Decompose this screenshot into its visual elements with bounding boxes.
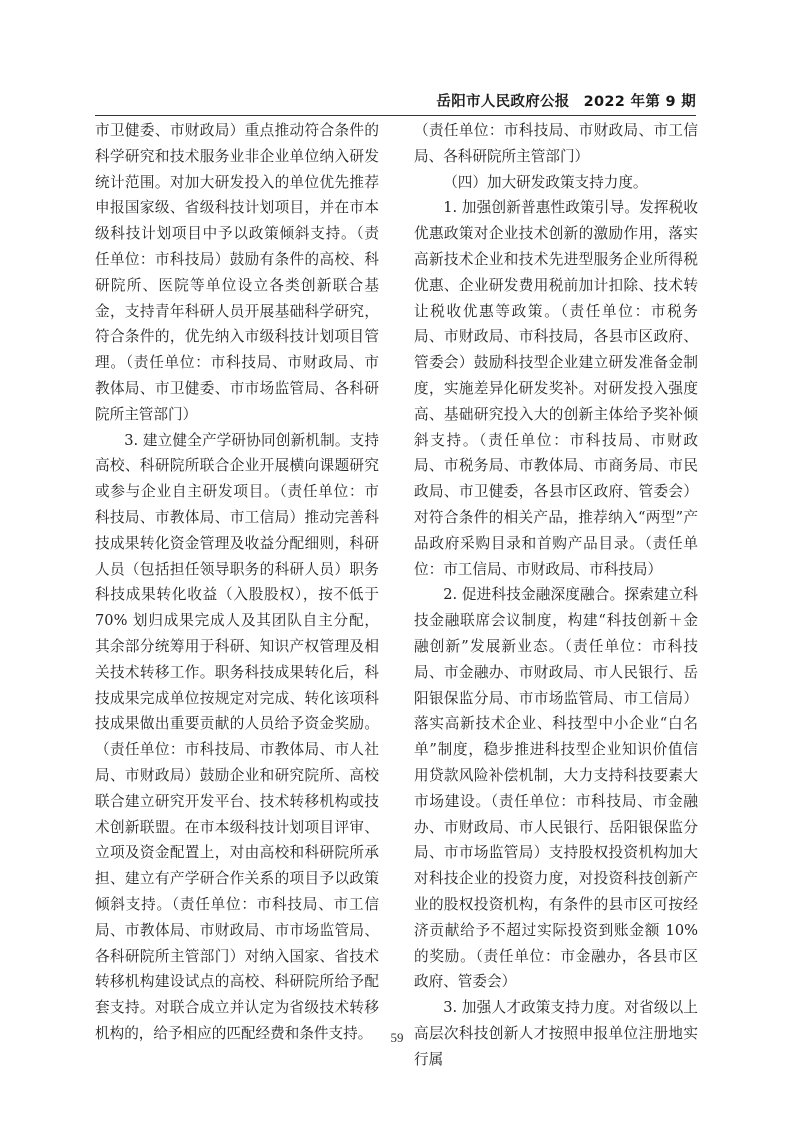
paragraph: 2. 促进科技金融深度融合。探索建立科技金融联席会议制度，构建“科技创新＋金融创… (414, 582, 698, 995)
page-number: 59 (0, 1030, 794, 1046)
paragraph: 3. 建立健全产学研协同创新机制。支持高校、科研院所联合企业开展横向课题研究或参… (95, 428, 379, 1047)
running-header: 岳阳市人民政府公报2022 年第 9 期 (95, 90, 696, 114)
paragraph: 市卫健委、市财政局）重点推动符合条件的科学研究和技术服务业非企业单位纳入研发统计… (95, 118, 379, 428)
issue-number: 2022 年第 9 期 (584, 94, 696, 110)
section-heading: （四）加大研发政策支持力度。 (414, 170, 698, 196)
paragraph: 1. 加强创新普惠性政策引导。发挥税收优惠政策对企业技术创新的激励作用，落实高新… (414, 195, 698, 582)
header-rule (95, 115, 696, 116)
paragraph: （责任单位：市科技局、市财政局、市工信局、各科研院所主管部门） (414, 118, 698, 170)
right-column: （责任单位：市科技局、市财政局、市工信局、各科研院所主管部门） （四）加大研发政… (414, 118, 698, 1072)
publication-title: 岳阳市人民政府公报 (436, 94, 569, 110)
left-column: 市卫健委、市财政局）重点推动符合条件的科学研究和技术服务业非企业单位纳入研发统计… (95, 118, 379, 1047)
